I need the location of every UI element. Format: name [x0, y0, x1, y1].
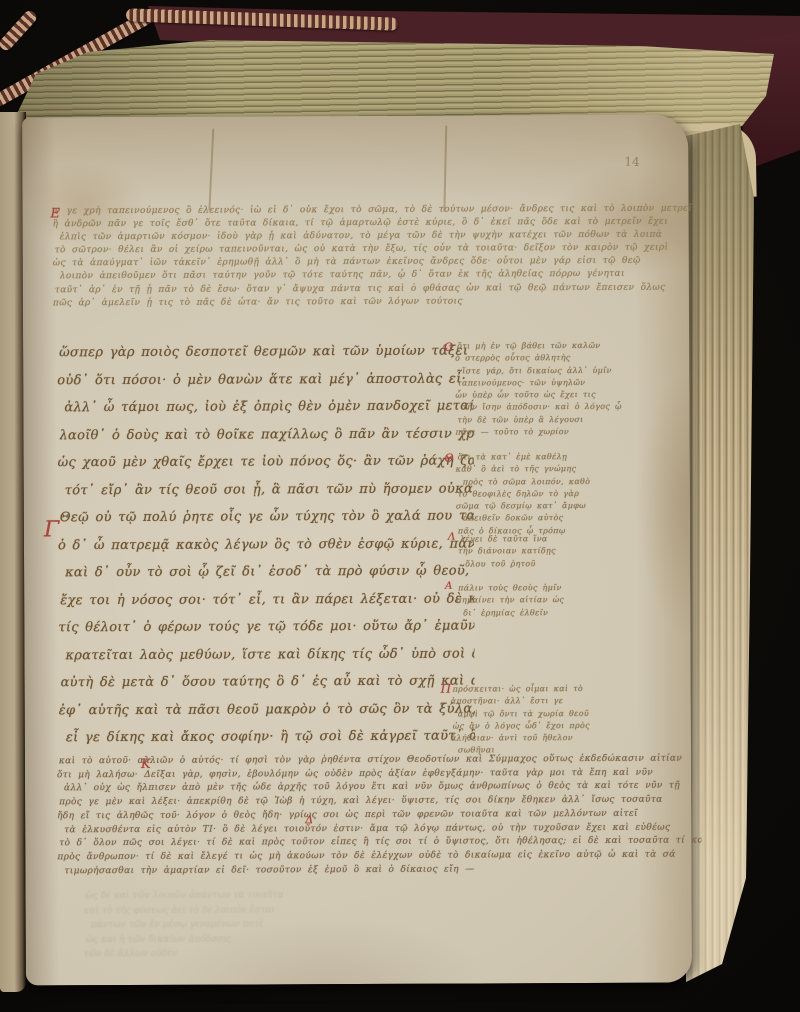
text-line: ἵστε γάρ, ὅτι δικαίως ἀλλ᾽ ὑμῖν — [462, 364, 655, 377]
text-line: σημαίνει τὴν αἰτίαν ὡς — [456, 594, 656, 607]
text-line: τιμωρήσασθαι τὴν ἁμαρτίαν εἰ δεῖ· τοσοῦτ… — [64, 862, 701, 878]
text-line: δι᾽ ἐρημίας ἐλθεῖν — [463, 606, 656, 619]
rubric-initial-verse: Γ — [44, 517, 59, 542]
text-line: ὡς χαοῦ μὲν χθαῖς ἔρχει τε ἰοὺ πόνος ὅς·… — [58, 447, 474, 476]
text-line: Θεῷ οὐ τῷ πολύ ῥητε οἷς γε ὧν τύχης τὸν … — [60, 502, 474, 531]
show-through-ghost-text: ὡς δὲ καὶ τῶν λοιπῶν ἁπάντων τὰ τοιαῦτακ… — [85, 887, 645, 962]
rubric-initial-scholion-4: Α — [445, 581, 452, 592]
text-line: πρὸς τὸ σῶμα λοιπόν, καθὸ — [463, 475, 656, 488]
text-line: καὶ δ᾽ οὖν τὸ σοὶ ᾧ ζεῖ δι᾽ ἐσοδ᾽ τὰ πρὸ… — [65, 557, 474, 586]
text-line: πρὸς ἄνθρωπον· τί δὲ καὶ ἔλεγέ τι ὡς μὴ … — [57, 848, 701, 865]
text-line: ὁ στερρὸς οὗτος ἀθλητὴς — [455, 352, 655, 365]
rubric-initial-delta: Δ — [305, 813, 313, 826]
text-line: ὡς ἂν ὁ λόγος ὧδ᾽ ἔχοι πρὸς — [453, 720, 629, 733]
marginal-scholion-1: ὅτι μὴ ἐν τῷ βάθει τῶν καλῶνὁ στερρὸς οὗ… — [457, 340, 655, 439]
rubric-initial-scholion-1: Ο — [444, 341, 453, 354]
text-line: ὥσπερ γὰρ ποιὸς δεσποτεῖ θεσμῶν καὶ τῶν … — [59, 337, 473, 366]
text-line: ὅτι τὰ κατ᾽ ἐμὲ καθέλῃ — [458, 451, 656, 464]
text-line: αὐτὴ δὲ μετὰ δ᾽ ὅσου ταύτης ὃ δ᾽ ἐς αὖ κ… — [61, 667, 475, 696]
folio-number: 14 — [624, 155, 640, 169]
rubric-initial-top: Ε — [50, 206, 60, 221]
endband-braid — [0, 8, 39, 52]
manuscript-photograph: 14 ν γε χρὴ ταπεινούμενος ὃ ἐλεεινός· ἰὼ… — [0, 0, 800, 1012]
parchment-crease — [443, 126, 447, 212]
text-line: τὴν δὲ τῶν ὑπὲρ ἃ λέγουσι — [457, 413, 655, 426]
text-line: λαοῖθ᾽ ὁ δοὺς καὶ τὸ θοῖκε παχίλλως ὃ πᾶ… — [59, 420, 473, 449]
text-line: πῶς ἀρ᾽ ἀμελεῖν ᾗ τις τὸ πᾶς δὲ ὦτα· ἄν … — [53, 294, 693, 310]
text-line: ὁ δ᾽ ὦ πατρεμᾷ κακὸς λέγων ὃς τὸ σθὲν ἐσ… — [58, 530, 474, 559]
rubric-initial-scholion-2: Θ — [445, 452, 454, 465]
text-line: ὧν ὑπὲρ ὧν τοῦτο ὡς ἔχει τις — [455, 389, 655, 402]
text-line: πᾶσι — τοῦτο τὸ χωρίον — [455, 426, 655, 439]
marginal-scholion-2: ὅτι τὰ κατ᾽ ἐμὲ καθέλῃκαθ᾽ ὃ ἀεὶ τὸ τῆς … — [458, 451, 656, 538]
text-line: τῶν δὲ ἄλλων οὐδέν — [84, 945, 646, 962]
text-line: τὴν ἴσην ἀπόδοσιν· καὶ ὁ λόγος ᾧ — [462, 401, 655, 414]
text-line: ταῦτ᾽ ἀρ᾽ ἐν τῇ ᾗ πᾶν τὸ δὲ ἔσω· ὅταν γ᾽… — [55, 281, 693, 297]
text-line: πάλιν τοὺς θεοὺς ἡμῖν — [458, 582, 656, 595]
manuscript-page: 14 ν γε χρὴ ταπεινούμενος ὃ ἐλεεινός· ἰὼ… — [22, 115, 692, 986]
rubric-initial-scholion-5: Π — [441, 682, 452, 696]
text-line: ἀλήθειαν· ἀντὶ τοῦ ἤθελον — [451, 732, 629, 745]
text-line: τὴν διάνοιαν κατίδῃς — [458, 545, 658, 558]
rubric-initial-scholion-3: Λ — [448, 532, 455, 543]
text-line: τίς θέλοιτ᾽ ὁ φέρων τούς γε τῷ τόδε μοι·… — [58, 612, 474, 641]
text-line: ἀμφὶ τῷ ὄντι τὰ χωρία θεοῦ — [458, 707, 629, 720]
text-line: ἀποστῆναι· ἀλλ᾽ ἔστι γε — [451, 695, 629, 708]
text-line: κρατεῖται λαὸς μεθύων, ἵστε καὶ δίκης τί… — [65, 640, 474, 669]
text-line: καθ᾽ ὃ ἀεὶ τὸ τῆς γνώμης — [456, 463, 656, 476]
text-line: τότ᾽ εἴρ᾽ ἂν τίς θεοῦ σοι ᾗ, ἃ πᾶσι τῶν … — [65, 475, 474, 504]
main-text-bottom-block: καὶ τὸ αὐτοῦ· αλλιῶν ὁ αὐτός· τί φησὶ τὸ… — [59, 753, 702, 879]
text-line: ἀλλ᾽ ὦ τάμοι πως, ἰοὺ ἐξ ὀπρὶς θὲν ὀμὲν … — [64, 392, 473, 421]
text-line: σῶμα τῷ δεσμίῳ κατ᾽ ἄμφω — [456, 500, 656, 513]
marginal-scholion-5: πρόσκειται· ὡς οἶμαι καὶ τὸἀποστῆναι· ἀλ… — [453, 683, 629, 758]
marginal-scholion-3: λέγει δὲ ταῦτα ἵνατὴν διάνοιαν κατίδῃςὅλ… — [460, 533, 658, 571]
marginal-scholion-4: πάλιν τοὺς θεοὺς ἡμῖνσημαίνει τὴν αἰτίαν… — [458, 582, 656, 620]
text-line: εἶ γε δίκης καὶ ἄκος σοφίην· ἢ τῷ σοὶ δὲ… — [66, 722, 475, 751]
text-line: οὐδ᾽ ὅτι πόσοι· ὁ μὲν θανὼν ἅτε καὶ μέγ᾽… — [57, 365, 473, 394]
text-line: ἀπειθεῖν δοκῶν αὐτὸς — [463, 512, 656, 525]
text-line: λέγει δὲ ταῦτα ἵνα — [460, 533, 658, 546]
text-line: πρόσκειται· ὡς οἶμαι καὶ τὸ — [453, 683, 629, 696]
rubric-initial-kappa: Κ — [141, 757, 151, 772]
text-line: ἔχε τοι ἡ νόσος σοι· τότ᾽ εἶ, τι ἂν πάρε… — [60, 585, 474, 614]
text-line: ταπεινούμενος· τῶν ὑψηλῶν — [457, 377, 655, 390]
main-text-top-block: ν γε χρὴ ταπεινούμενος ὃ ἐλεεινός· ἰὼ εἰ… — [54, 203, 692, 311]
text-line: ὅτι μὴ ἐν τῷ βάθει τῶν καλῶν — [457, 340, 655, 353]
text-line: ἐφ᾽ αὑτῆς καὶ τὰ πᾶσι θεοῦ μακρὸν ὁ τὸ σ… — [59, 695, 475, 724]
text-line: τὸ θεοφιλὲς δηλῶν τὸ γὰρ — [458, 488, 656, 501]
parchment-crease — [208, 129, 214, 211]
verse-column: ὥσπερ γὰρ ποιὸς δεσποτεῖ θεσμῶν καὶ τῶν … — [59, 337, 475, 751]
text-line: ὅλου τοῦ ῥητοῦ — [465, 557, 658, 570]
